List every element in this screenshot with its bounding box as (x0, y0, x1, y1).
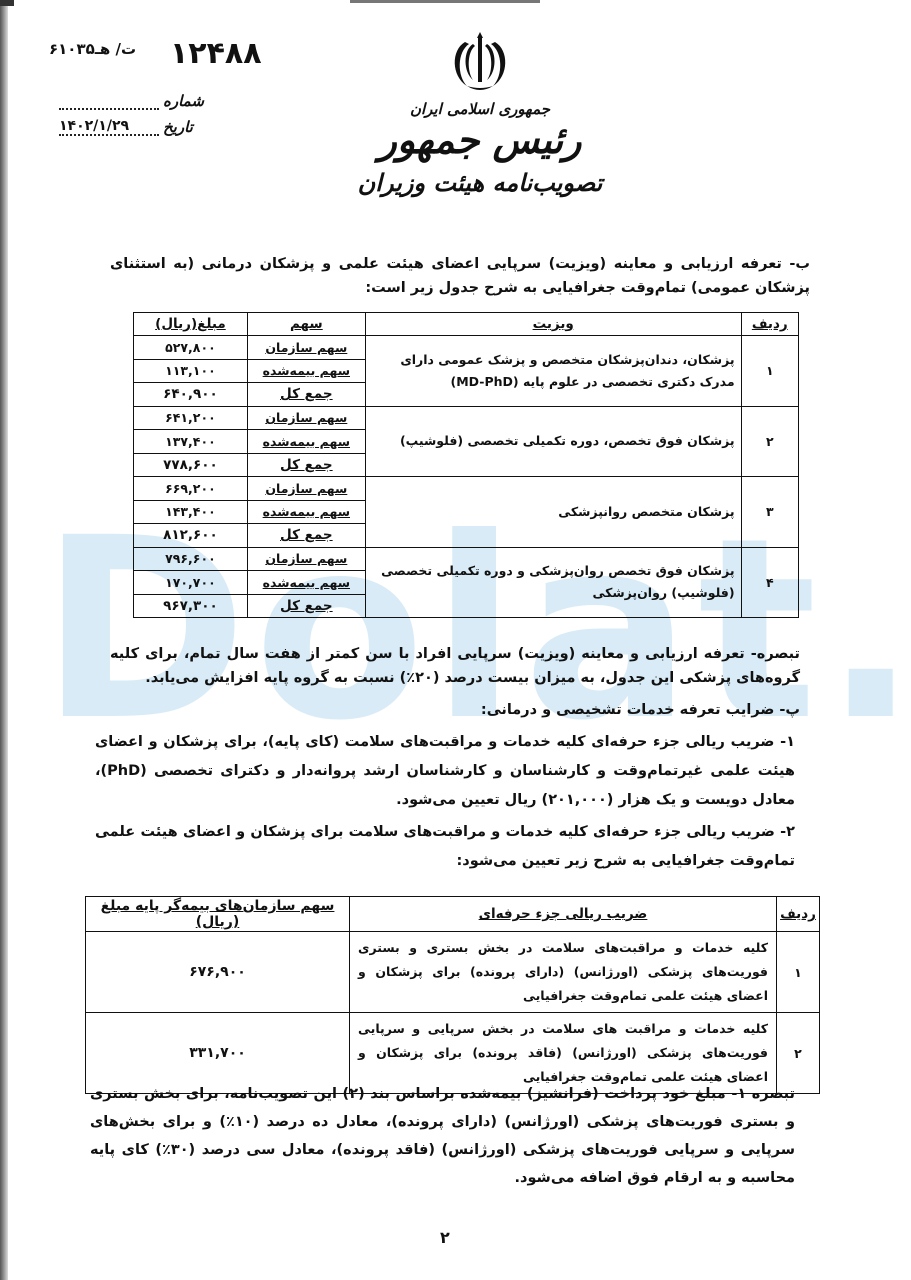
share-amount-total: ۸۱۲,۶۰۰ (134, 524, 248, 548)
section-p-note-1: تبصره ۱- مبلغ خود پرداخت (فرانشیز) بیمه‌… (90, 1080, 795, 1192)
share-amount: ۱۱۳,۱۰۰ (134, 359, 248, 383)
table-header-row: ردیف ضریب ریالی جزء حرفه‌ای سهم سازمان‌ه… (86, 897, 820, 932)
office-title: رئیس جمهور (330, 118, 630, 162)
section-b-note: تبصره- تعرفه ارزیابی و معاینه (ویزیت) سر… (110, 642, 800, 690)
table-row: ۱ پزشکان، دندان‌پزشکان متخصص و پزشک عموم… (134, 336, 799, 360)
registration-number: ۱۲۴۸۸ (170, 36, 262, 71)
section-b-intro: ب- تعرفه ارزیابی و معاینه (ویزیت) سرپایی… (110, 252, 810, 300)
share-amount: ۱۴۳,۴۰۰ (134, 500, 248, 524)
table-row: ۳ پزشکان متخصص روانپزشکی سهم سازمان ۶۶۹,… (134, 477, 799, 501)
share-label: سهم سازمان (247, 336, 365, 360)
row-number: ۳ (741, 477, 798, 548)
visit-description: پزشکان متخصص روانپزشکی (365, 477, 741, 548)
date-label: تاریخ (163, 118, 193, 136)
share-amount: ۵۲۷,۸۰۰ (134, 336, 248, 360)
header-coefficient: ضریب ریالی جزء حرفه‌ای (350, 897, 777, 932)
share-label-total: جمع کل (247, 524, 365, 548)
share-amount-total: ۹۶۷,۳۰۰ (134, 594, 248, 618)
country-name: جمهوری اسلامی ایران (330, 100, 630, 118)
section-p-item-2: ۲- ضریب ریالی جزء حرفه‌ای کلیه خدمات و م… (95, 818, 795, 876)
reference-code: ۶۱۰۳۵ت/ هـ (49, 40, 136, 58)
share-label: سهم بیمه‌شده (247, 430, 365, 454)
share-label: سهم بیمه‌شده (247, 571, 365, 595)
date-field: تاریخ ۱۴۰۲/۱/۲۹ (59, 118, 193, 136)
share-amount: ۶۴۱,۲۰۰ (134, 406, 248, 430)
coefficient-table: ردیف ضریب ریالی جزء حرفه‌ای سهم سازمان‌ه… (85, 896, 820, 1094)
scan-edge-corner (0, 0, 14, 6)
visit-description: پزشکان فوق تخصص، دوره تکمیلی تخصصی (فلوش… (365, 406, 741, 477)
row-number: ۱ (777, 932, 820, 1013)
number-field: شماره (59, 92, 204, 110)
section-p-title: پ- ضرایب تعرفه خدمات تشخیصی و درمانی: (110, 698, 800, 722)
share-amount: ۱۳۷,۴۰۰ (134, 430, 248, 454)
share-label-total: جمع کل (247, 594, 365, 618)
share-amount: ۷۹۶,۶۰۰ (134, 547, 248, 571)
service-description: کلیه خدمات و مراقبت‌های سلامت در بخش بست… (350, 932, 777, 1013)
header-share: سهم (247, 313, 365, 336)
row-number: ۱ (741, 336, 798, 407)
share-label: سهم سازمان (247, 406, 365, 430)
number-value (59, 92, 159, 110)
share-label: سهم بیمه‌شده (247, 500, 365, 524)
number-label: شماره (163, 92, 204, 110)
section-p-item-1: ۱- ضریب ریالی جزء حرفه‌ای کلیه خدمات و م… (95, 728, 795, 815)
share-amount-total: ۷۷۸,۶۰۰ (134, 453, 248, 477)
scan-edge (0, 0, 8, 1280)
scan-edge-top (350, 0, 540, 3)
document-type: تصویب‌نامه هیئت وزیران (330, 168, 630, 197)
table-row: ۲ پزشکان فوق تخصص، دوره تکمیلی تخصصی (فل… (134, 406, 799, 430)
header-amount: سهم سازمان‌های بیمه‌گر پایه مبلغ (ریال) (86, 897, 350, 932)
share-amount-total: ۶۴۰,۹۰۰ (134, 383, 248, 407)
share-label-total: جمع کل (247, 453, 365, 477)
header-visit: ویزیت (365, 313, 741, 336)
header-row-no: ردیف (777, 897, 820, 932)
visit-description: پزشکان فوق تخصص روان‌پزشکی و دوره تکمیلی… (365, 547, 741, 618)
iran-emblem-icon (445, 28, 515, 98)
table-row: ۴ پزشکان فوق تخصص روان‌پزشکی و دوره تکمی… (134, 547, 799, 571)
letterhead: جمهوری اسلامی ایران رئیس جمهور تصویب‌نام… (330, 28, 630, 197)
insurer-amount: ۶۷۶,۹۰۰ (86, 932, 350, 1013)
share-amount: ۱۷۰,۷۰۰ (134, 571, 248, 595)
share-label: سهم سازمان (247, 547, 365, 571)
row-number: ۲ (741, 406, 798, 477)
page-number: ۲ (440, 1228, 450, 1247)
header-row-no: ردیف (741, 313, 798, 336)
share-label-total: جمع کل (247, 383, 365, 407)
visit-description: پزشکان، دندان‌پزشکان متخصص و پزشک عمومی … (365, 336, 741, 407)
visit-tariff-table: ردیف ویزیت سهم مبلغ(ریال) ۱ پزشکان، دندا… (133, 312, 799, 618)
table-row: ۱ کلیه خدمات و مراقبت‌های سلامت در بخش ب… (86, 932, 820, 1013)
header-amount: مبلغ(ریال) (134, 313, 248, 336)
row-number: ۴ (741, 547, 798, 618)
share-label: سهم بیمه‌شده (247, 359, 365, 383)
share-amount: ۶۶۹,۲۰۰ (134, 477, 248, 501)
table-header-row: ردیف ویزیت سهم مبلغ(ریال) (134, 313, 799, 336)
date-value: ۱۴۰۲/۱/۲۹ (59, 118, 159, 136)
share-label: سهم سازمان (247, 477, 365, 501)
